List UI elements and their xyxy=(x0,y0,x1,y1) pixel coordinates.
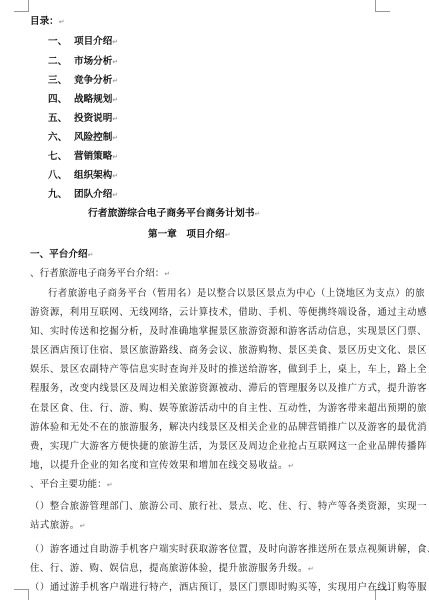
paragraph-line: 地，以提升企业的知名度和宣传效果和增加在线交易收益。↵ xyxy=(30,460,294,472)
chapter-title: 第一章 项目介绍↵ xyxy=(148,229,231,241)
sub-heading-platform-intro: 、行者旅游电子商务平台介绍：↵ xyxy=(30,268,170,280)
paragraph-line: 游体验和无处不在的旅游服务，解决内线景区及相关企业的品牌营销推广以及游客的最优消 xyxy=(30,422,427,434)
document-page: 目录：↵ 一、项目介绍↵ 二、市场分析↵ 三、竞争分析↵ 四、战略规划↵ 五、投… xyxy=(0,0,429,600)
toc-item[interactable]: 九、团队介绍↵ xyxy=(48,189,118,201)
document-title: 行者旅游综合电子商务平台商务计划书↵ xyxy=(88,208,260,220)
toc-item[interactable]: 四、战略规划↵ xyxy=(48,94,118,106)
paragraph-line: 游资源，利用互联网、无线网络，云计算技术，借助、手机、等便携终端设备，通过主动感 xyxy=(30,307,427,319)
function-line: 住、行、游、购、娱信息，提高旅游体验，提升旅游服务升级。↵ xyxy=(30,563,314,575)
paragraph-line: 在景区食、住、行、游、购、娱等旅游活动中的自主性、互动性，为游客带来超出预期的旅 xyxy=(30,403,427,415)
paragraph-line: 景区酒店预订住宿、景区旅游路线、商务会议、旅游购物、景区美食、景区历史文化、景区 xyxy=(30,345,427,357)
toc-item[interactable]: 二、市场分析↵ xyxy=(48,56,118,68)
toc-item[interactable]: 一、项目介绍↵ xyxy=(48,36,118,48)
toc-item[interactable]: 三、竞争分析↵ xyxy=(48,75,118,87)
toc-item[interactable]: 六、风险控制↵ xyxy=(48,132,118,144)
paragraph-line: 行者旅游电子商务平台（暂用名）是以整合以景区景点为中心（上饶地区为支点）的旅 xyxy=(48,288,425,300)
paragraph-line: 程服务，改变内线景区及周边相关旅游资源被动、滞后的管理服务以及推广方式，提升游客 xyxy=(30,383,427,395)
function-line: （）通过游手机客户端进行特产，酒店预订，景区门票即时购买等，实现用户在线订购等服 xyxy=(30,582,427,594)
function-line: （）游客通过自助游手机客户端实时获取游客位置，及时向游客推送所在景点视频讲解，食… xyxy=(30,544,429,556)
toc-item[interactable]: 八、组织架构↵ xyxy=(48,170,118,182)
page-corner-mark xyxy=(375,0,390,12)
page-corner-mark xyxy=(14,0,29,12)
section-heading: 一、平台介绍↵ xyxy=(30,249,93,261)
page-corner-mark xyxy=(14,589,29,600)
paragraph-line: 娱乐、景区农副特产等信息实时查询并及时的推送给游客，做到手上，桌上，车上，路上全 xyxy=(30,364,427,376)
toc-item[interactable]: 五、投资说明↵ xyxy=(48,113,118,125)
function-line: 站式旅游。↵ xyxy=(30,520,86,532)
paragraph-line: 费，实现广大游客方便快捷的旅游生活，为景区及周边企业抢占互联网这一企业品牌传播阵 xyxy=(30,441,427,453)
sub-heading-main-functions: 、平台主要功能：↵ xyxy=(30,479,113,491)
toc-title: 目录：↵ xyxy=(30,16,65,28)
toc-item[interactable]: 七、营销策略↵ xyxy=(48,151,118,163)
paragraph-line: 知、实时传送和挖掘分析，及时准确地掌握景区旅游资源和游客活动信息，实现景区门票、 xyxy=(30,326,427,338)
function-line: （）整合旅游管理部门、旅游公司、旅行社、景点、吃、住、行、特产等各类资源，实现一 xyxy=(30,501,427,513)
